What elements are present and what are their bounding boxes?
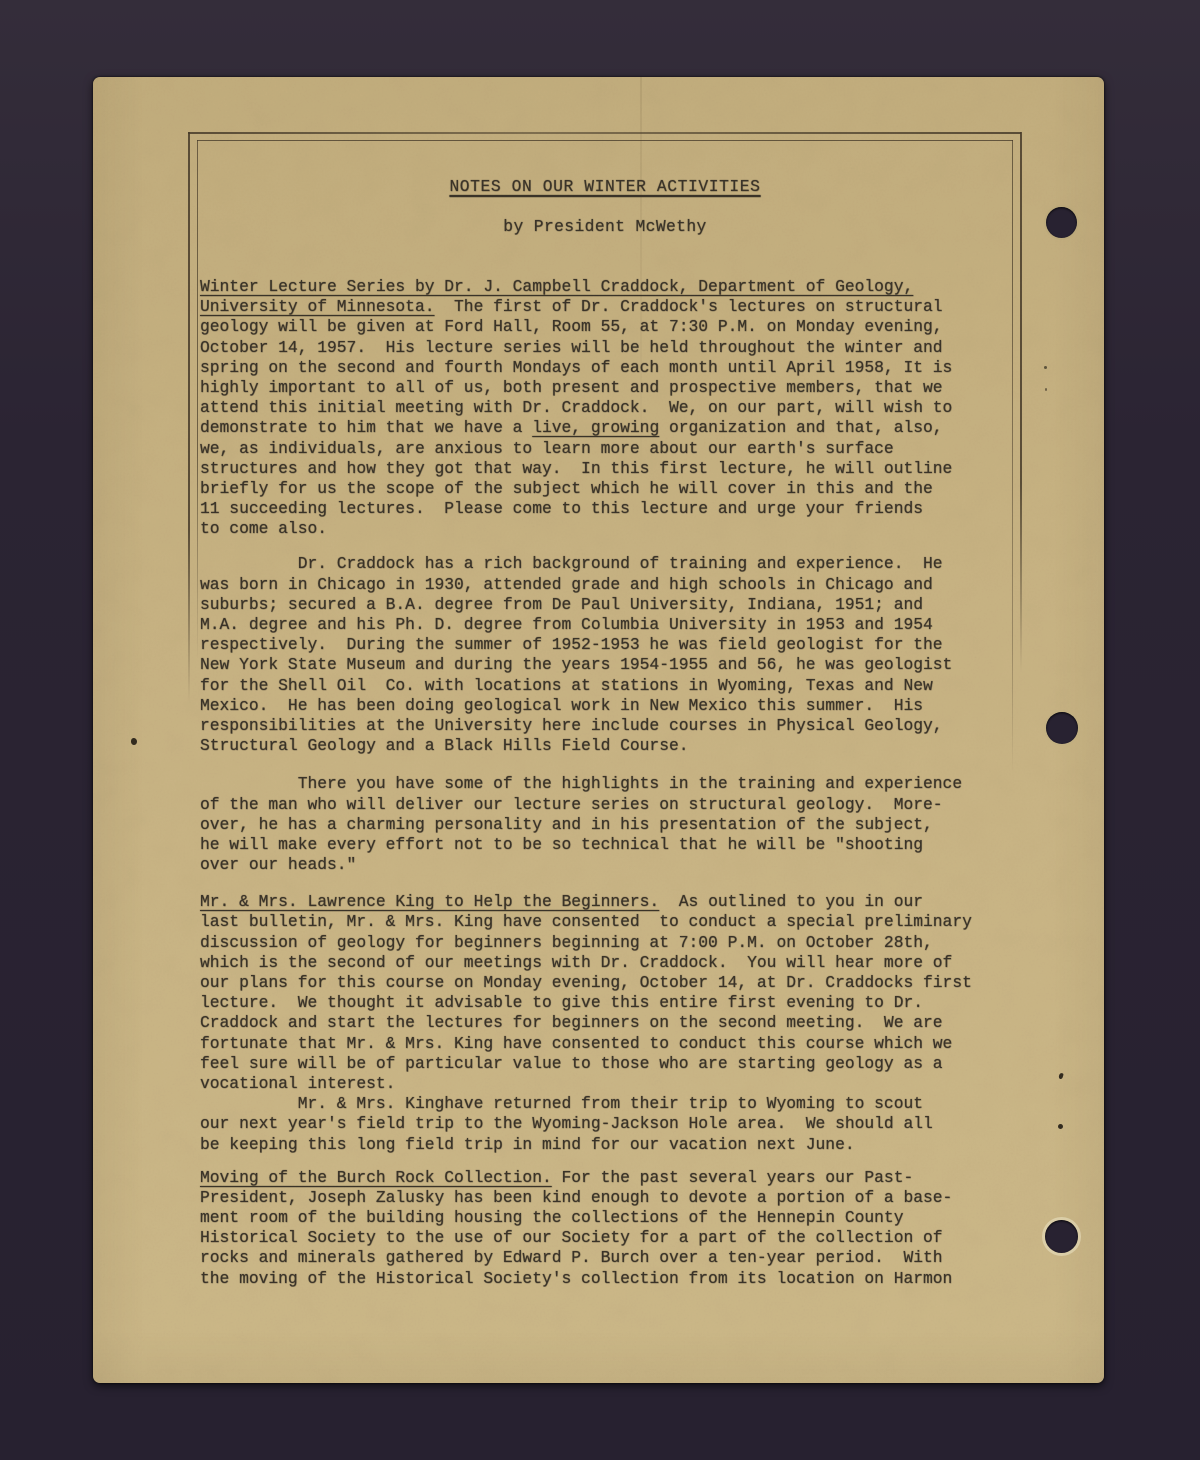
text-line: Mr. & Mrs. Kinghave returned from their … [200,1094,1000,1114]
text-line: which is the second of our meetings with… [200,953,1000,973]
text-line: spring on the second and fourth Mondays … [200,358,1000,378]
text-line: last bulletin, Mr. & Mrs. King have cons… [200,912,1000,932]
text-segment: Mexico. He has been doing geological wor… [200,696,923,715]
frame-top-inner-line [197,140,1013,141]
text-line: University of Minnesota. The first of Dr… [200,297,1000,317]
text-segment: President, Joseph Zalusky has been kind … [200,1188,952,1207]
text-line: Structural Geology and a Black Hills Fie… [200,736,1000,756]
text-segment: highly important to all of us, both pres… [200,378,943,397]
winter-lecture-series-paragraph: Winter Lecture Series by Dr. J. Campbell… [200,277,1000,539]
text-segment: vocational interest. [200,1074,395,1093]
frame-top-outer-line [188,132,1021,134]
text-segment: our next year's field trip to the Wyomin… [200,1114,933,1133]
text-line: he will make every effort not to be so t… [200,835,1000,855]
text-segment: 11 succeeding lectures. Please come to t… [200,499,923,518]
text-segment: which is the second of our meetings with… [200,953,952,972]
text-line: over our heads." [200,855,1000,875]
punch-hole-middle [1046,712,1078,744]
document-title: NOTES ON OUR WINTER ACTIVITIES [210,177,1000,197]
text-segment: Mr. & Mrs. Kinghave returned from their … [200,1094,923,1113]
text-line: to come also. [200,519,1000,539]
text-line: was born in Chicago in 1930, attended gr… [200,575,1000,595]
text-line: October 14, 1957. His lecture series wil… [200,338,1000,358]
text-segment: fortunate that Mr. & Mrs. King have cons… [200,1034,952,1053]
text-line: structures and how they got that way. In… [200,459,1000,479]
text-segment: Historical Society to the use of our Soc… [200,1228,943,1247]
text-line: New York State Museum and during the yea… [200,655,1000,675]
underlined-text-segment: live, growing [532,418,659,437]
text-segment: be keeping this long field trip in mind … [200,1135,855,1154]
text-segment: Craddock and start the lectures for begi… [200,1013,943,1032]
text-segment: lecture. We thought it advisable to give… [200,993,923,1012]
text-line: 11 succeeding lectures. Please come to t… [200,499,1000,519]
text-segment: respectively. During the summer of 1952-… [200,635,943,654]
text-segment: responsibilities at the University here … [200,716,943,735]
text-line: Mr. & Mrs. Lawrence King to Help the Beg… [200,892,1000,912]
text-line: fortunate that Mr. & Mrs. King have cons… [200,1034,1000,1054]
document-page: NOTES ON OUR WINTER ACTIVITIES by Presid… [93,77,1104,1383]
document-byline: by President McWethy [210,217,1000,237]
text-line: our plans for this course on Monday even… [200,973,1000,993]
text-line: we, as individuals, are anxious to learn… [200,439,1000,459]
text-segment: last bulletin, Mr. & Mrs. King have cons… [200,912,972,931]
frame-right-inner-line [1012,140,1013,775]
text-line: geology will be given at Ford Hall, Room… [200,317,1000,337]
text-line: ment room of the building housing the co… [200,1208,1000,1228]
text-segment: As outlined to you in our [659,892,923,911]
text-line: lecture. We thought it advisable to give… [200,993,1000,1013]
text-segment: geology will be given at Ford Hall, Room… [200,317,943,336]
document-body: Winter Lecture Series by Dr. J. Campbell… [200,277,1000,1289]
text-segment: briefly for us the scope of the subject … [200,479,933,498]
text-line: of the man who will deliver our lecture … [200,795,1000,815]
text-segment: M.A. degree and his Ph. D. degree from C… [200,615,933,634]
text-segment: attend this initial meeting with Dr. Cra… [200,398,952,417]
text-segment: rocks and minerals gathered by Edward P.… [200,1248,943,1267]
king-beginners-paragraph: Mr. & Mrs. Lawrence King to Help the Beg… [200,892,1000,1154]
text-line: There you have some of the highlights in… [200,774,1000,794]
text-segment: over our heads." [200,855,356,874]
text-segment: the moving of the Historical Society's c… [200,1269,952,1288]
text-segment: feel sure will be of particular value to… [200,1054,943,1073]
text-segment: was born in Chicago in 1930, attended gr… [200,575,933,594]
text-line: vocational interest. [200,1074,1000,1094]
text-line: briefly for us the scope of the subject … [200,479,1000,499]
text-line: feel sure will be of particular value to… [200,1054,1000,1074]
text-line: M.A. degree and his Ph. D. degree from C… [200,615,1000,635]
text-segment: Structural Geology and a Black Hills Fie… [200,736,689,755]
text-segment: October 14, 1957. His lecture series wil… [200,338,943,357]
text-line: rocks and minerals gathered by Edward P.… [200,1248,1000,1268]
underlined-text-segment: Winter Lecture Series by Dr. J. Campbell… [200,277,913,296]
text-line: Mexico. He has been doing geological wor… [200,696,1000,716]
text-segment: demonstrate to him that we have a [200,418,532,437]
text-line: discussion of geology for beginners begi… [200,933,1000,953]
text-segment: over, he has a charming personality and … [200,815,933,834]
scan-background: { "document": { "title": "NOTES ON OUR W… [0,0,1200,1460]
text-segment: for the Shell Oil Co. with locations at … [200,676,933,695]
text-segment: to come also. [200,519,327,538]
text-line: respectively. During the summer of 1952-… [200,635,1000,655]
text-line: Historical Society to the use of our Soc… [200,1228,1000,1248]
text-segment: There you have some of the highlights in… [200,774,962,793]
burch-rock-collection-paragraph: Moving of the Burch Rock Collection. For… [200,1168,1000,1289]
text-segment: suburbs; secured a B.A. degree from De P… [200,595,923,614]
text-line: Moving of the Burch Rock Collection. For… [200,1168,1000,1188]
text-line: highly important to all of us, both pres… [200,378,1000,398]
text-segment: organization and that, also, [659,418,942,437]
ink-speck-right-small-2 [1045,388,1047,391]
punch-hole-bottom [1045,1220,1078,1253]
highlights-paragraph: There you have some of the highlights in… [200,774,1000,875]
text-segment: spring on the second and fourth Mondays … [200,358,952,377]
underlined-text-segment: Mr. & Mrs. Lawrence King to Help the Beg… [200,892,659,911]
ink-speck-right-lower [1058,1124,1063,1129]
text-segment: discussion of geology for beginners begi… [200,933,933,952]
text-line: attend this initial meeting with Dr. Cra… [200,398,1000,418]
text-segment: of the man who will deliver our lecture … [200,795,943,814]
text-line: for the Shell Oil Co. with locations at … [200,676,1000,696]
text-segment: New York State Museum and during the yea… [200,655,952,674]
frame-left-inner-line [197,140,198,660]
frame-right-outer-line [1020,132,1022,672]
text-line: Dr. Craddock has a rich background of tr… [200,554,1000,574]
text-segment: ment room of the building housing the co… [200,1208,903,1227]
text-segment: The first of Dr. Craddock's lectures on … [435,297,943,316]
underlined-text-segment: Moving of the Burch Rock Collection. [200,1168,552,1187]
underlined-text-segment: University of Minnesota. [200,297,435,316]
text-segment: our plans for this course on Monday even… [200,973,972,992]
text-line: Craddock and start the lectures for begi… [200,1013,1000,1033]
text-line: the moving of the Historical Society's c… [200,1269,1000,1289]
punch-hole-top [1046,207,1077,238]
text-line: Winter Lecture Series by Dr. J. Campbell… [200,277,1000,297]
text-line: over, he has a charming personality and … [200,815,1000,835]
text-segment: structures and how they got that way. In… [200,459,952,478]
text-segment: we, as individuals, are anxious to learn… [200,439,894,458]
text-line: our next year's field trip to the Wyomin… [200,1114,1000,1134]
text-segment: Dr. Craddock has a rich background of tr… [200,554,943,573]
text-line: be keeping this long field trip in mind … [200,1135,1000,1155]
craddock-background-paragraph: Dr. Craddock has a rich background of tr… [200,554,1000,756]
text-segment: he will make every effort not to be so t… [200,835,923,854]
text-line: responsibilities at the University here … [200,716,1000,736]
text-line: demonstrate to him that we have a live, … [200,418,1000,438]
ink-speck-right-small-1 [1044,366,1047,369]
text-segment: For the past several years our Past- [552,1168,914,1187]
text-line: suburbs; secured a B.A. degree from De P… [200,595,1000,615]
text-line: President, Joseph Zalusky has been kind … [200,1188,1000,1208]
ink-speck-left-margin [131,738,137,745]
ink-speck-right-upper [1058,1073,1064,1080]
frame-left-outer-line [188,132,190,702]
